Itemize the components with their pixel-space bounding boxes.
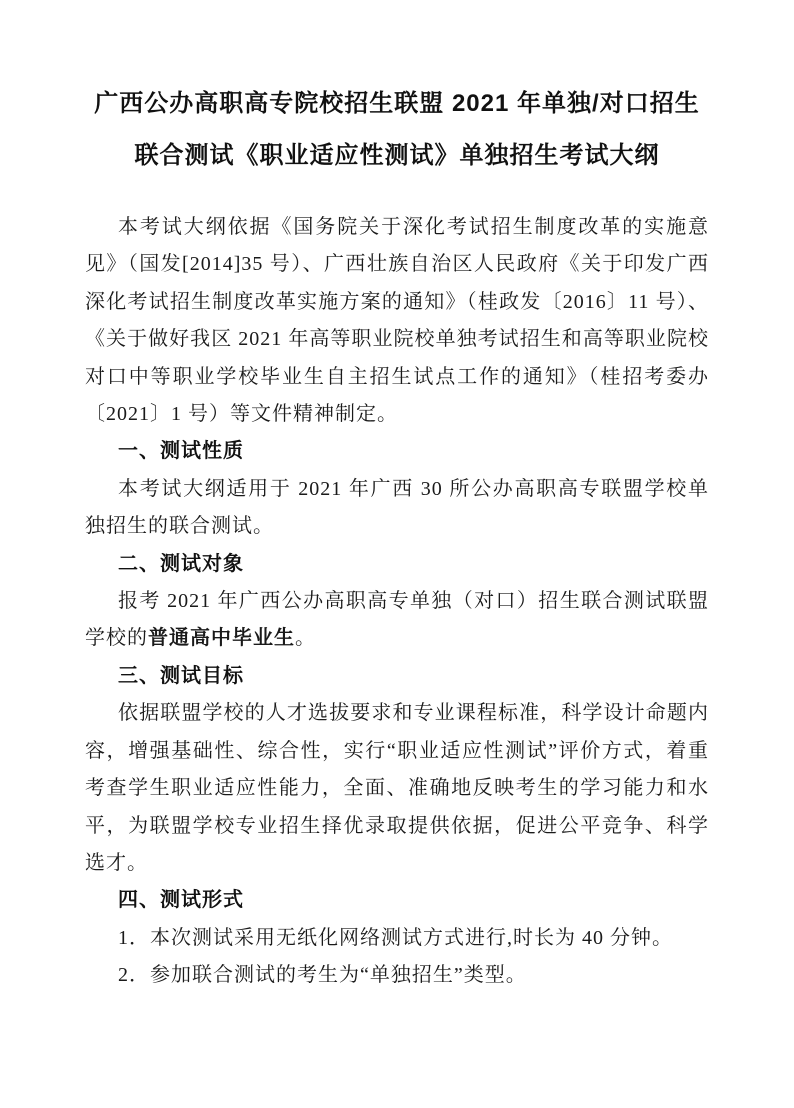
- page-title: 广西公办高职高专院校招生联盟 2021 年单独/对口招生 联合测试《职业适应性测…: [85, 78, 709, 182]
- test-format-item-2: 2．参加联合测试的考生为“单独招生”类型。: [85, 957, 709, 994]
- title-line-1: 广西公办高职高专院校招生联盟 2021 年单独/对口招生: [85, 78, 709, 130]
- document-body: 本考试大纲依据《国务院关于深化考试招生制度改革的实施意见》（国发[2014]35…: [85, 209, 709, 995]
- section-body-test-target-audience: 报考 2021 年广西公办高职高专单独（对口）招生联合测试联盟学校的普通高中毕业…: [85, 583, 709, 658]
- audience-bold-text: 普通高中毕业生: [148, 627, 295, 649]
- section-heading-test-goal: 三、测试目标: [85, 658, 709, 695]
- document-page: 广西公办高职高专院校招生联盟 2021 年单独/对口招生 联合测试《职业适应性测…: [0, 0, 794, 1108]
- test-format-item-1: 1．本次测试采用无纸化网络测试方式进行,时长为 40 分钟。: [85, 920, 709, 957]
- section-body-test-nature: 本考试大纲适用于 2021 年广西 30 所公办高职高专联盟学校单独招生的联合测…: [85, 471, 709, 546]
- title-line-2: 联合测试《职业适应性测试》单独招生考试大纲: [85, 130, 709, 182]
- section-body-test-goal: 依据联盟学校的人才选拔要求和专业课程标准，科学设计命题内容，增强基础性、综合性，…: [85, 695, 709, 882]
- section-heading-test-nature: 一、测试性质: [85, 433, 709, 470]
- audience-text-suffix: 。: [295, 627, 316, 649]
- section-heading-test-target-audience: 二、测试对象: [85, 546, 709, 583]
- intro-paragraph: 本考试大纲依据《国务院关于深化考试招生制度改革的实施意见》（国发[2014]35…: [85, 209, 709, 433]
- section-heading-test-format: 四、测试形式: [85, 882, 709, 919]
